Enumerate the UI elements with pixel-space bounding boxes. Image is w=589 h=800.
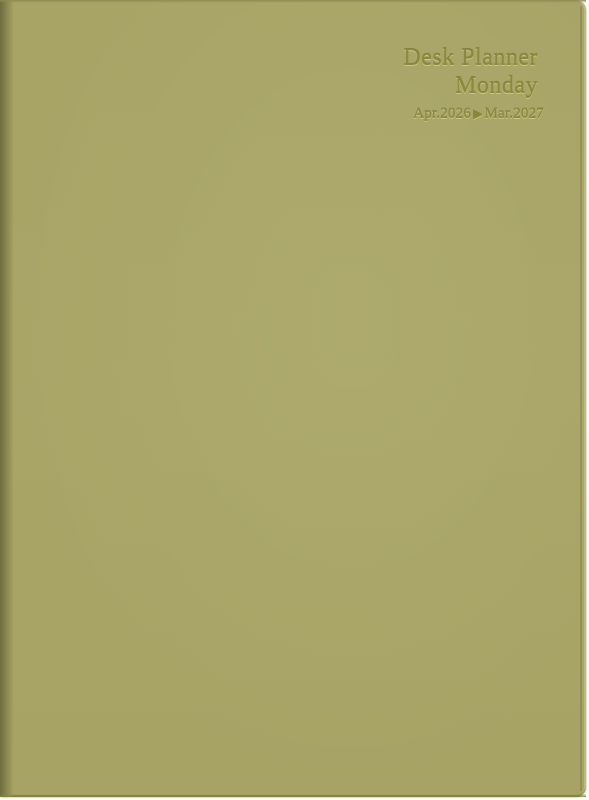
cover-title: Desk Planner Monday	[403, 44, 538, 100]
bottom-edge	[0, 794, 586, 797]
arrow-right-icon: ▶	[473, 107, 482, 121]
title-monday: Monday	[403, 72, 538, 100]
title-desk-planner: Desk Planner	[403, 44, 538, 72]
date-start: Apr.2026	[413, 106, 471, 122]
right-edge	[580, 6, 582, 791]
date-range: Apr.2026▶Mar.2027	[413, 106, 544, 123]
date-end: Mar.2027	[484, 106, 544, 122]
top-edge	[0, 0, 586, 3]
spine	[0, 0, 14, 797]
planner-cover: Desk Planner Monday Apr.2026▶Mar.2027	[0, 0, 586, 797]
